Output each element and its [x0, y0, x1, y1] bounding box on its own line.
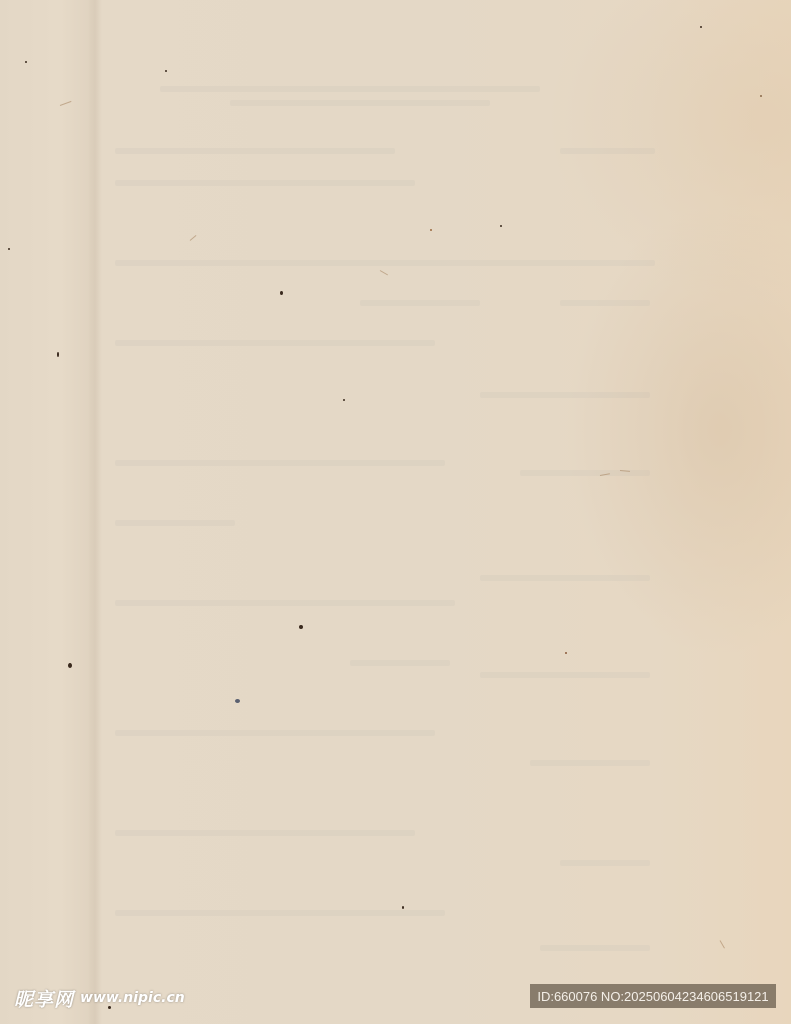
paper-fold-shadow [88, 0, 102, 1024]
paper-speck [760, 95, 762, 97]
paper-speck [165, 70, 167, 72]
site-watermark-name: 昵享网 [14, 985, 74, 1012]
show-through-line [560, 860, 650, 866]
paper-speck [343, 399, 345, 401]
paper-fiber [60, 101, 72, 106]
show-through-line [360, 300, 480, 306]
paper-speck [402, 906, 404, 909]
image-id-text: ID:660076 NO:20250604234606519121 [537, 989, 768, 1004]
paper-speck [8, 248, 10, 250]
show-through-line [115, 830, 415, 836]
paper-fiber [190, 235, 197, 241]
site-watermark: 昵享网 www.nipic.cn [14, 986, 185, 1010]
paper-speck [280, 291, 283, 295]
show-through-line [115, 520, 235, 526]
paper-speck [299, 625, 303, 629]
paper-speck [565, 652, 567, 654]
paper-speck [57, 352, 59, 357]
paper-speck [25, 61, 27, 63]
paper-texture: 昵享网 www.nipic.cn ID:660076 NO:2025060423… [0, 0, 791, 1024]
show-through-line [115, 148, 395, 154]
show-through-line [480, 392, 650, 398]
show-through-line [160, 86, 540, 92]
paper-speck [430, 229, 432, 231]
show-through-line [540, 945, 650, 951]
paper-speck [235, 699, 240, 703]
show-through-line [560, 300, 650, 306]
show-through-line [480, 575, 650, 581]
show-through-line [115, 910, 445, 916]
show-through-line [350, 660, 450, 666]
paper-speck [68, 663, 72, 668]
site-watermark-url: www.nipic.cn [80, 990, 185, 1006]
image-id-watermark: ID:660076 NO:20250604234606519121 [530, 984, 776, 1008]
paper-speck [500, 225, 502, 227]
show-through-line [520, 470, 650, 476]
show-through-line [115, 340, 435, 346]
show-through-line [115, 460, 445, 466]
paper-fiber [380, 270, 388, 275]
show-through-line [230, 100, 490, 106]
show-through-line [115, 260, 655, 266]
show-through-line [115, 730, 435, 736]
show-through-line [530, 760, 650, 766]
paper-speck [700, 26, 702, 28]
show-through-line [115, 600, 455, 606]
show-through-line [560, 148, 655, 154]
paper-fiber [720, 940, 725, 948]
show-through-line [480, 672, 650, 678]
show-through-line [115, 180, 415, 186]
